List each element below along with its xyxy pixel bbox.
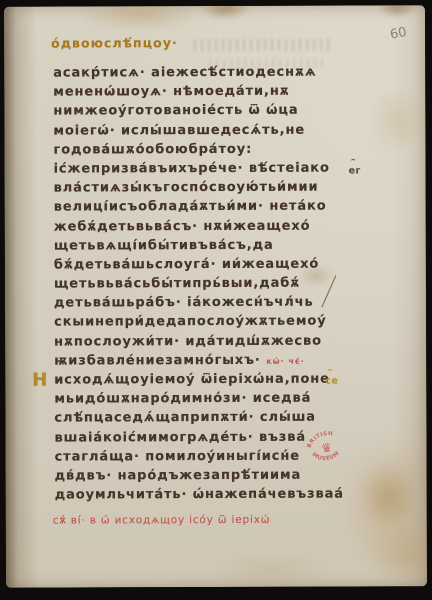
text-line: нѫпослоужи́ти· ида́тидш́ѫжесво bbox=[54, 331, 354, 351]
text-line: дв́двъ· наро́дъжезапрѣ́тиима bbox=[55, 465, 355, 485]
stain bbox=[199, 5, 251, 20]
stain bbox=[377, 5, 417, 18]
end-of-reading-mark: кѡ́· чє́· bbox=[266, 357, 305, 366]
stain bbox=[366, 520, 427, 588]
text-line: годова́шѫо́обоюбра́тоу: bbox=[53, 139, 353, 159]
text-line: вла́стиѧзы́къгоспо́своую́тьи́мии bbox=[54, 178, 354, 198]
stain bbox=[74, 5, 204, 32]
text-line: исходѧ́щоуіемоу́ ѿіеріхѡ́на,поне bbox=[54, 370, 354, 390]
stain bbox=[366, 83, 427, 157]
text-line: бѫ́детьва́шьслоуга́· ии́жеащехо́ bbox=[54, 254, 354, 274]
stain bbox=[358, 460, 418, 530]
text-line: даоумльчита́ть· ѡ́нажепа́чевъзваа́ bbox=[55, 485, 355, 505]
text-line: слѣ́пцаседѧ́щаприпѫти́· слы́ша bbox=[54, 408, 354, 428]
text-line: мьидо́шѫнаро́димно́зи· иседва́ bbox=[54, 389, 354, 409]
margin-section-mark: ˜ се bbox=[325, 376, 338, 387]
text-line: детьва́шьра́бъ· іа́кожесн́ъчл́чь bbox=[54, 293, 354, 313]
text-line: велиці́исъоблада́ѫтьи́ми· нета́ко bbox=[54, 197, 354, 217]
stain bbox=[206, 551, 336, 588]
folio-number: 60 bbox=[389, 25, 408, 43]
text-line: моіегѡ́· ислы́шавшедесѧ́ть,не bbox=[53, 120, 353, 140]
margin-section-mark: ˜ ег bbox=[349, 165, 361, 176]
text-line: щетьвьва́сьбы́типрь́выи,дабѫ́ bbox=[54, 274, 354, 294]
titlo-mark: ˜ bbox=[351, 158, 357, 171]
text-line: жебѫ́детьвьва́съ· нѫи́жеащехо́ bbox=[54, 216, 354, 236]
text-line: ѭизбавле́ниезамно́гыхъ· bbox=[54, 350, 354, 370]
crown-icon: ♛ bbox=[320, 440, 334, 456]
parchment-page: о́двоюслѣ́пцоу· 60 асакр́тисѧ· аіежесѣ́с… bbox=[4, 5, 427, 587]
text-line: асакр́тисѧ· аіежесѣ́стиодеснѫѧ bbox=[53, 63, 353, 83]
illuminated-initial: Н bbox=[32, 370, 47, 391]
lectionary-rubric: сѫ́ ві́· в ѡ́ исходѧщоу ісо́у ѿ іеріхѡ́ bbox=[53, 514, 271, 527]
chapter-heading: о́двоюслѣ́пцоу· bbox=[51, 35, 178, 50]
text-line: щетьвѧщі́ибы́тивъва́съ,да bbox=[54, 235, 354, 255]
manuscript-photo: о́двоюслѣ́пцоу· 60 асакр́тисѧ· аіежесѣ́с… bbox=[0, 0, 432, 600]
text-line: нимжеоу́готованоіе́сть ѿ ѡ́ца bbox=[53, 101, 353, 121]
gutter-shadow bbox=[4, 7, 40, 588]
text-line: іс́жепризва́въихъре́че· вѣ́стеіако bbox=[54, 158, 354, 178]
ink-showthrough bbox=[194, 39, 334, 51]
text-line: скыинепри́дедапослоу́жѫтьемоу́ bbox=[54, 312, 354, 332]
titlo-mark: ˜ bbox=[327, 368, 333, 381]
text-line: мененѡ́шоуѧ· нѣмоеда́ти,нѫ bbox=[53, 82, 353, 102]
